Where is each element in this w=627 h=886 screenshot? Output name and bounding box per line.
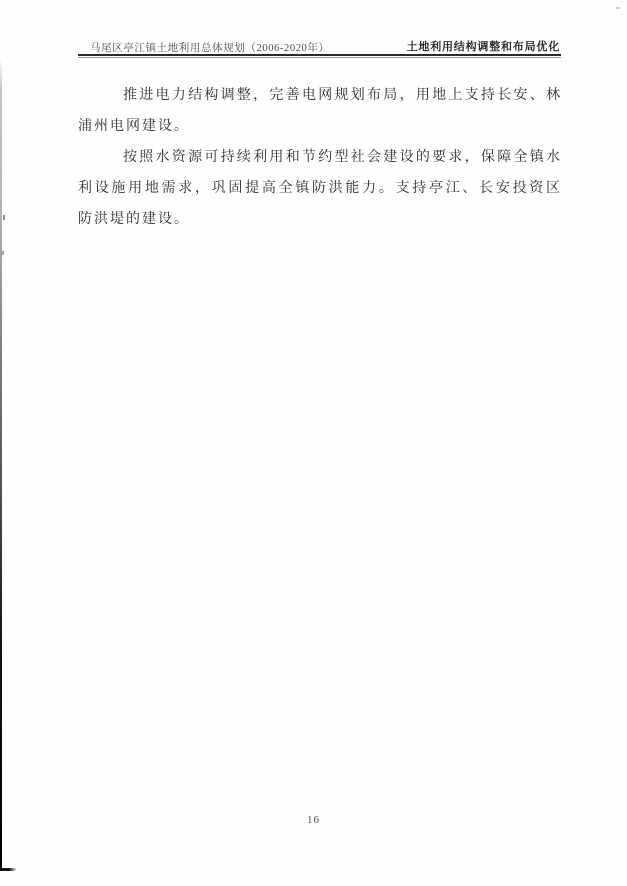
header-rule bbox=[78, 54, 561, 56]
scan-edge-artifact-left bbox=[0, 58, 2, 870]
paragraph-1-line-1: 推进电力结构调整，完善电网规划布局，用地上支持长安、林 bbox=[78, 80, 562, 111]
header-rule-echo bbox=[78, 57, 561, 58]
paragraph-2-line-1: 按照水资源可持续利用和节约型社会建设的要求，保障全镇水 bbox=[78, 142, 562, 173]
page-number: 16 bbox=[0, 814, 627, 826]
scan-speck-left-b bbox=[2, 251, 4, 255]
paragraph-2-line-3: 防洪堤的建设。 bbox=[78, 204, 562, 235]
header-section-title: 土地利用结构调整和布局优化 bbox=[407, 38, 560, 54]
body-text: 推进电力结构调整，完善电网规划布局，用地上支持长安、林 浦州电网建设。 按照水资… bbox=[78, 80, 562, 235]
scan-speck-top-right bbox=[616, 7, 620, 9]
paragraph-1-line-2: 浦州电网建设。 bbox=[78, 111, 562, 142]
scan-speck-left-a bbox=[3, 215, 5, 220]
paragraph-2-line-2: 利设施用地需求，巩固提高全镇防洪能力。支持亭江、长安投资区 bbox=[78, 173, 562, 204]
scan-edge-artifact-corner bbox=[0, 868, 17, 871]
header-document-title: 马尾区亭江镇土地利用总体规划（2006-2020年） bbox=[90, 40, 330, 55]
document-page: 马尾区亭江镇土地利用总体规划（2006-2020年） 土地利用结构调整和布局优化… bbox=[0, 0, 627, 886]
